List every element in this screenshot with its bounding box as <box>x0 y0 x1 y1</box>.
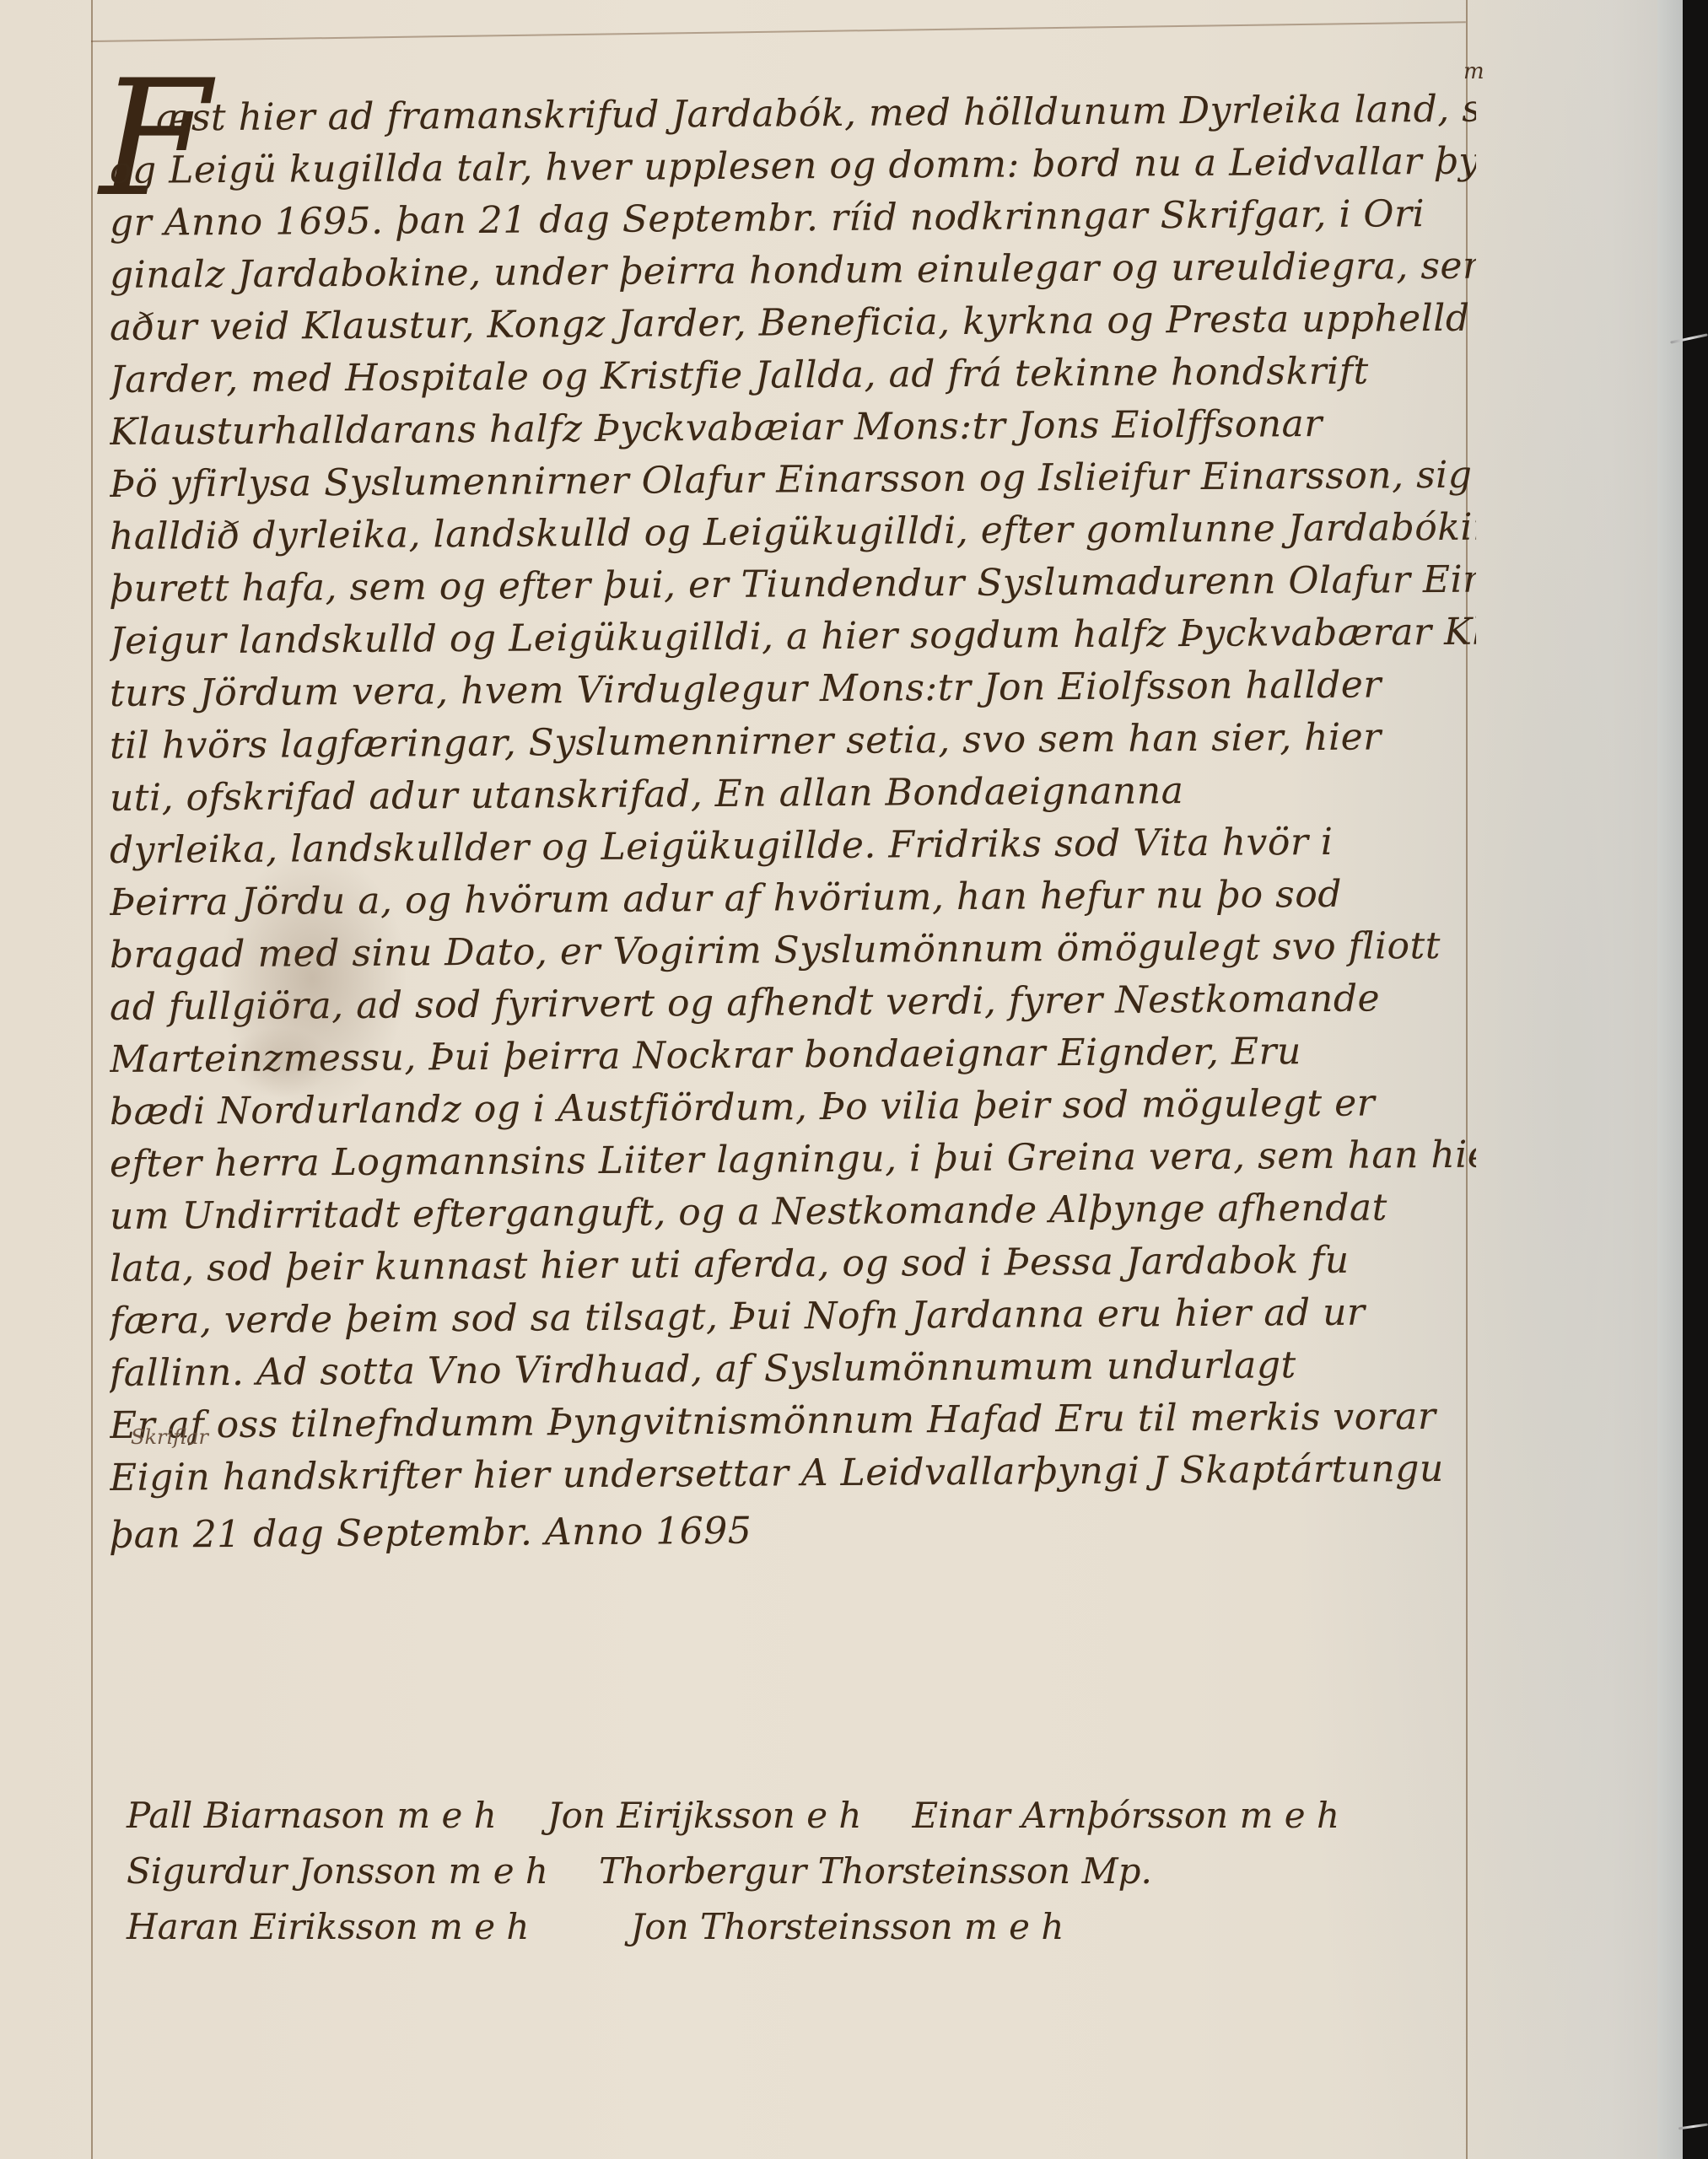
text-line: fallinn. Ad sotta Vno Virdhuad, af Syslu… <box>110 1338 1476 1400</box>
text-line: halldið dyrleika, landskulld og Leigükug… <box>110 502 1476 563</box>
signature: Einar Arnþórsson m e h <box>912 1788 1339 1844</box>
body-text: æst hier ad framanskrifud Jardabók, med … <box>110 93 1476 1562</box>
text-line: bædi Nordurlandz og i Austfiördum, Þo vi… <box>110 1077 1476 1139</box>
signature-block: Pall Biarnason m e h Jon Eirijksson e h … <box>127 1788 1476 1955</box>
text-line: Þeirra Jördu a, og hvörum adur af hvöriu… <box>110 868 1476 929</box>
text-line: til hvörs lagfæringar, Syslumennirner se… <box>110 711 1476 773</box>
margin-note: m <box>1463 59 1484 84</box>
manuscript-page: F m æst hier ad framanskrifud Jardabók, … <box>0 0 1678 2159</box>
text-line: bragad med sinu Dato, er Vogirim Syslumö… <box>110 920 1476 982</box>
text-line: gr Anno 1695. þan 21 dag Septembr. ríid … <box>110 188 1476 250</box>
signature: Jon Thorsteinsson m e h <box>630 1899 1064 1955</box>
text-line: Jarder, med Hospitale og Kristfie Jallda… <box>110 345 1476 406</box>
text-line: uti, ofskrifad adur utanskrifad, En alla… <box>110 763 1476 825</box>
text-line: efter herra Logmannsins Liiter lagningu,… <box>110 1129 1476 1191</box>
signature-row: Pall Biarnason m e h Jon Eirijksson e h … <box>127 1788 1476 1844</box>
signature-row: Sigurdur Jonsson m e h Thorbergur Thorst… <box>127 1844 1476 1899</box>
text-line: Jeigur landskulld og Leigükugilldi, a hi… <box>110 606 1476 668</box>
text-line: Klausturhalldarans halfz Þyckvabæiar Mon… <box>110 397 1476 459</box>
text-line: ginalz Jardabokine, under þeirra hondum … <box>110 240 1476 302</box>
page-edge <box>1657 0 1683 2159</box>
top-margin-rule <box>91 21 1466 42</box>
signature: Jon Eirijksson e h <box>547 1788 862 1844</box>
date-line: þan 21 dag Septembr. Anno 1695 <box>110 1500 1476 1562</box>
text-line: æst hier ad framanskrifud Jardabók, med … <box>110 83 1476 145</box>
text-line: dyrleika, landskullder og Leigükugillde.… <box>110 816 1476 877</box>
signature: Pall Biarnason m e h <box>127 1788 497 1844</box>
manuscript-scan: F m æst hier ad framanskrifud Jardabók, … <box>0 0 1708 2159</box>
text-line: ad fullgiöra, ad sod fyrirvert og afhend… <box>110 972 1476 1034</box>
binding-shadow <box>1683 0 1708 2159</box>
text-line: lata, sod þeir kunnast hier uti aferda, … <box>110 1234 1476 1295</box>
left-margin-rule <box>91 0 93 2159</box>
interlinear-note: Skriflar <box>131 1425 208 1449</box>
text-line: Marteinzmessu, Þui þeirra Nockrar bondae… <box>110 1025 1476 1086</box>
text-line: færa, verde þeim sod sa tilsagt, Þui Nof… <box>110 1286 1476 1348</box>
text-line: Eigin handskrifter hier undersettar A Le… <box>110 1443 1476 1505</box>
signature: Haran Eiriksson m e h <box>127 1899 529 1955</box>
text-line: Þö yfirlysa Syslumennirner Olafur Einars… <box>110 450 1476 511</box>
text-line: um Undirritadt efterganguft, og a Nestko… <box>110 1182 1476 1243</box>
signature: Thorbergur Thorsteinsson Mp. <box>599 1844 1152 1899</box>
signature: Sigurdur Jonsson m e h <box>127 1844 548 1899</box>
text-line: þurett hafa, sem og efter þui, er Tiunde… <box>110 554 1476 616</box>
text-line: Er af oss tilnefndumm Þyngvitnismönnum H… <box>110 1391 1476 1452</box>
text-line: og Leigü kugillda talr, hver upplesen og… <box>110 136 1476 197</box>
signature-row: Haran Eiriksson m e h Jon Thorsteinsson … <box>127 1899 1476 1955</box>
text-line: turs Jördum vera, hvem Virduglegur Mons:… <box>110 659 1476 720</box>
text-line: aður veid Klaustur, Kongz Jarder, Benefi… <box>110 293 1476 354</box>
